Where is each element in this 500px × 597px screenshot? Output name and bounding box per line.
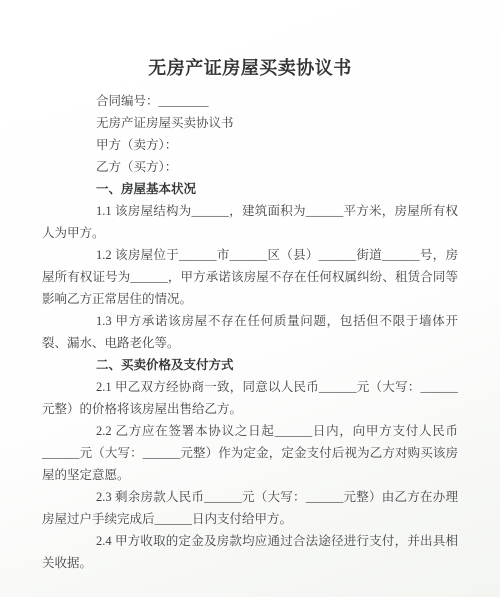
agreement-page: 无房产证房屋买卖协议书 合同编号：________无房产证房屋买卖协议书甲方（卖… xyxy=(0,0,500,597)
section-1-heading: 一、房屋基本状况 xyxy=(42,178,458,200)
party-a-line: 甲方（卖方）： xyxy=(42,134,458,156)
document-body: 合同编号：________无房产证房屋买卖协议书甲方（卖方）：乙方（买方）：一、… xyxy=(42,90,458,574)
clause-1-2: 1.2 该房屋位于______市______区（县）______街道______… xyxy=(42,244,458,310)
subtitle-line: 无房产证房屋买卖协议书 xyxy=(42,112,458,134)
clause-1-3: 1.3 甲方承诺该房屋不存在任何质量问题，包括但不限于墙体开裂、漏水、电路老化等… xyxy=(42,310,458,354)
document-title: 无房产证房屋买卖协议书 xyxy=(42,56,458,80)
section-2-heading: 二、买卖价格及支付方式 xyxy=(42,354,458,376)
party-b-line: 乙方（买方）： xyxy=(42,156,458,178)
clause-2-3: 2.3 剩余房款人民币______元（大写：______元整）由乙方在办理房屋过… xyxy=(42,486,458,530)
clause-1-1: 1.1 该房屋结构为______，建筑面积为______平方米，房屋所有权人为甲… xyxy=(42,200,458,244)
clause-2-4: 2.4 甲方收取的定金及房款均应通过合法途径进行支付，并出具相关收据。 xyxy=(42,530,458,574)
clause-2-1: 2.1 甲乙双方经协商一致，同意以人民币______元（大写：______元整）… xyxy=(42,376,458,420)
contract-number-line: 合同编号：________ xyxy=(42,90,458,112)
clause-2-2: 2.2 乙方应在签署本协议之日起______日内，向甲方支付人民币______元… xyxy=(42,420,458,486)
